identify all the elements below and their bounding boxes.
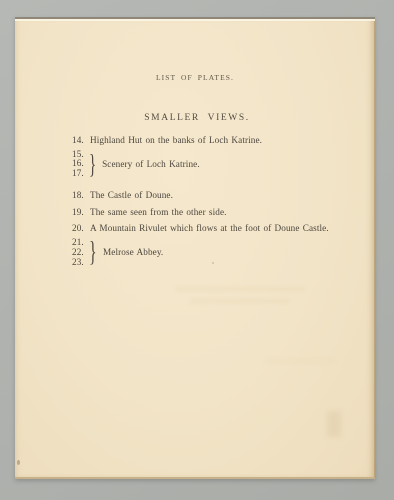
plate-label: Scenery of Loch Katrine. <box>102 159 200 169</box>
book-page: LIST OF PLATES. SMALLER VIEWS. 14.Highla… <box>15 17 375 479</box>
photo-background: LIST OF PLATES. SMALLER VIEWS. 14.Highla… <box>0 0 394 500</box>
paper-smudge <box>327 411 341 437</box>
show-through-mark <box>265 359 335 363</box>
paper-speck <box>17 460 20 465</box>
running-head: LIST OF PLATES. <box>15 73 375 82</box>
plate-number: 19. <box>72 207 90 217</box>
plate-label: Melrose Abbey. <box>103 247 163 257</box>
section-title: SMALLER VIEWS. <box>17 113 377 123</box>
plate-number: 23. <box>72 257 88 267</box>
plate-label: The Castle of Doune. <box>90 190 173 200</box>
plate-number: 21. <box>72 237 88 247</box>
brace-glyph: } <box>89 151 96 178</box>
plate-number: 17. <box>72 169 88 178</box>
plate-item-14: 14.Highland Hut on the banks of Loch Kat… <box>72 135 262 145</box>
plate-number: 18. <box>72 190 90 200</box>
plate-item-20: 20.A Mountain Rivulet which flows at the… <box>72 223 329 233</box>
brace-glyph: } <box>89 238 97 267</box>
plate-number: 22. <box>72 247 88 257</box>
plate-label: The same seen from the other side. <box>90 207 227 217</box>
plate-number-column: 21. 22. 23. <box>72 237 88 267</box>
plate-number-column: 15. 16. 17. <box>72 150 88 178</box>
show-through-mark <box>190 299 290 303</box>
plate-item-group-15-17: 15. 16. 17. } Scenery of Loch Katrine. <box>72 150 200 178</box>
plate-item-18: 18.The Castle of Doune. <box>72 190 173 200</box>
plate-number: 20. <box>72 223 90 233</box>
plate-number: 14. <box>72 135 90 145</box>
plate-label: A Mountain Rivulet which flows at the fo… <box>90 223 329 233</box>
plate-item-19: 19.The same seen from the other side. <box>72 207 227 217</box>
plate-label: Highland Hut on the banks of Loch Katrin… <box>90 135 262 145</box>
plate-item-group-21-23: 21. 22. 23. } Melrose Abbey. <box>72 237 163 267</box>
show-through-mark <box>175 287 305 291</box>
paper-speck <box>212 262 214 264</box>
